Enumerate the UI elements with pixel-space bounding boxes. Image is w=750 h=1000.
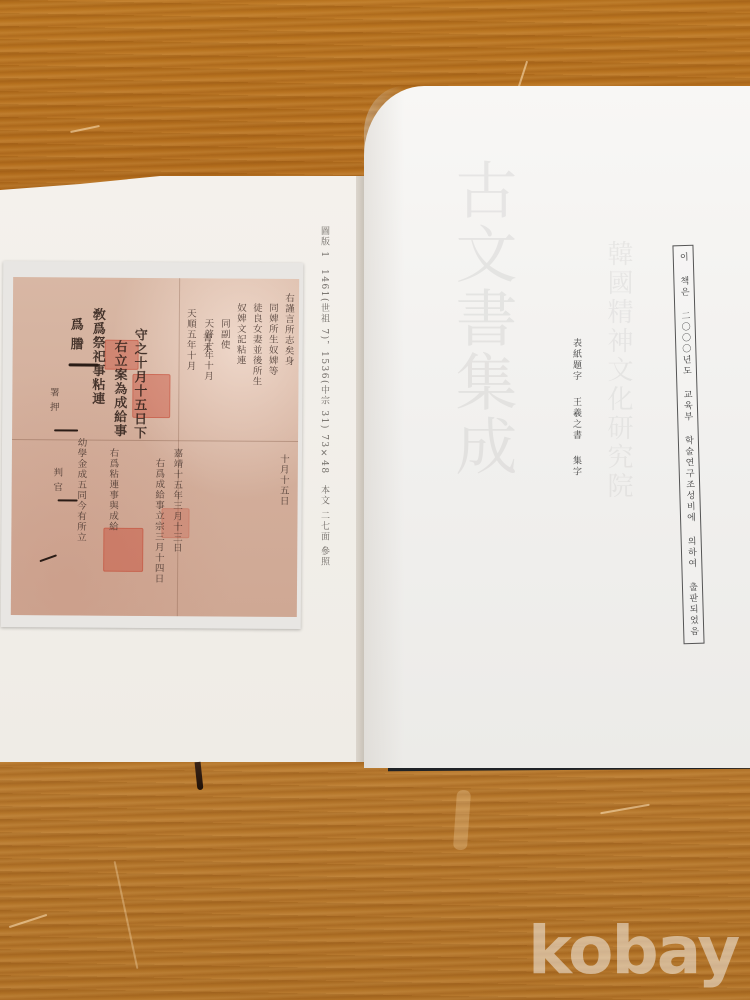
document-side-mark: 爲 謄 [69,317,82,351]
funding-word: 의하여 [686,536,697,569]
document-text-column: 奴婢文記粘連 [235,303,245,366]
funding-word: 이 [678,252,688,263]
kobay-watermark: kobay [528,918,738,984]
funding-word: 교육부 [681,390,692,423]
cover-calligraphy-credit: 表紙題字 王羲之書 集字 [570,338,583,478]
funding-word: 출판되었음 [687,582,699,637]
funding-word: 학술연구조성비에 [683,435,695,523]
document-text-column: 十月十五日 [278,454,288,507]
fold-line [12,439,298,442]
document-text-column: 右立案為成給事 [112,340,126,438]
credit-label: 表紙題字 [571,338,581,382]
plate-caption: 圖版 1 1461(世祖 7)，1536(中宗 31) 73×48 本文 二七面… [318,226,331,567]
document-text-column: 守之十月十五日下 [132,328,146,440]
signature-mark [54,429,78,431]
document-text-column: 同婢所生奴婢等 [267,303,277,377]
document-side-mark: 署 押 [48,387,58,412]
document-text-column: 敎爲祭祀事粘連 [90,308,104,406]
document-text-column: 右爲成給事立宗三月十四日 [153,458,163,584]
document-text-column: 嘉靖十五年三月十三日 [171,448,181,553]
funding-word: 책은 [678,276,689,298]
page-curl-shadow [364,86,404,768]
show-through-subtitle: 韓國精神文化研究院 [600,240,637,501]
signature-mark [58,499,78,501]
signature-mark [39,554,57,562]
signature-mark [69,363,99,366]
document-paper: 右謹言所志矣身 同婢所生奴婢等 徒良女妻並後所生 奴婢文記粘連 同副使 書本 天… [11,277,299,617]
document-side-mark: 判 官 [52,467,62,492]
document-text-column: 天啓十年十月 [202,318,212,381]
show-through-title: 古文書集成 [450,158,512,478]
document-text-column: 天順五年十月 [185,308,195,371]
fold-line [177,278,180,616]
funding-word: 二〇〇〇년도 [679,311,691,377]
document-text-column: 同副使 [219,318,229,350]
book-gutter [356,176,364,762]
historical-document-photo: 右謹言所志矣身 同婢所生奴婢等 徒良女妻並後所生 奴婢文記粘連 同副使 書本 天… [1,261,304,629]
document-text-column: 右謹言所志矣身 [283,293,293,367]
red-seal [103,528,143,572]
document-text-column: 幼學金成五同今有所立 [75,437,85,542]
credit-calligrapher: 王羲之書 [571,397,581,441]
document-text-column: 徒良女妻並後所生 [251,303,261,387]
credit-note: 集字 [571,456,581,478]
document-text-column: 右爲粘連事與成給 [107,448,117,532]
